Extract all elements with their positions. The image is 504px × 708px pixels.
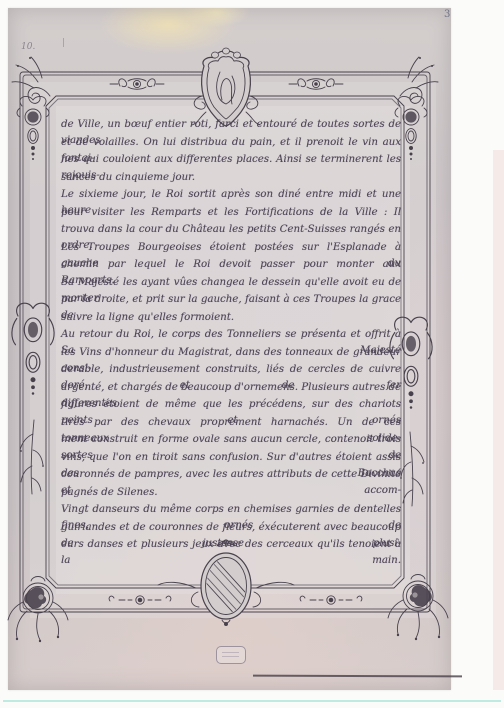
scan-artifact-line	[3, 700, 501, 702]
manuscript-line: de Ville, un bœuf entier roti, farci et …	[61, 117, 401, 134]
manuscript-line: Les Troupes Bourgeoises étoient postées …	[61, 240, 401, 257]
rail-scroll-icon	[110, 79, 164, 90]
manuscript-line: nes qui couloient aux differentes places…	[61, 152, 401, 169]
corner-mark: 3	[444, 9, 450, 20]
manuscript-line: Au retour du Roi, le corps des Tonnelier…	[61, 327, 401, 344]
manuscript-line: guirlandes et de couronnes de fleurs, éx…	[61, 520, 401, 537]
manuscript-line: Sa Majesté les ayant vûes changea le des…	[61, 275, 401, 292]
scan-edge-strip	[493, 150, 504, 690]
photographed-manuscript-page: de Ville, un bœuf entier roti, farci et …	[0, 0, 504, 708]
rail-scroll-icon	[289, 79, 343, 90]
manuscript-line: derable, industrieusement construits, li…	[61, 362, 401, 379]
manuscript-line: et de volailles. On lui distribua du pai…	[61, 135, 401, 152]
mask-pendant-icon	[17, 96, 49, 160]
manuscript-line: vins, que l'on en tiroit sans confusion.…	[61, 450, 401, 467]
head-medallion-icon	[388, 575, 448, 641]
manuscript-line: par la droite, et prit sur la gauche, fa…	[61, 292, 401, 309]
manuscript-line: couronnés de pampres, avec les autres at…	[61, 467, 401, 484]
rosette-icon	[109, 596, 171, 604]
manuscript-line: trouva dans la cour du Château les petit…	[61, 222, 401, 239]
left-rail-ornaments	[12, 96, 54, 494]
folio-number: 10.	[21, 42, 35, 52]
rosette-icon	[300, 596, 362, 604]
manuscript-line: sances du cinquieme jour.	[61, 170, 401, 187]
manuscript-line: ment construit en forme ovale sans aucun…	[61, 432, 401, 449]
manuscript-line: eurs danses et plusieurs jeux avec des c…	[61, 537, 401, 554]
manuscript-line: pour visiter les Remparts et les Fortifi…	[61, 205, 401, 222]
stray-mark	[63, 38, 64, 47]
manuscript-line: chemin par lequel le Roi devoit passer p…	[61, 257, 401, 274]
manuscript-line: tirés par des chevaux proprement harnach…	[61, 415, 401, 432]
side-cartouche-icon	[12, 303, 54, 395]
manuscript-line: figures étoient de même que les précéden…	[61, 397, 401, 414]
monogram-cartouche-icon	[192, 48, 260, 126]
manuscript-line: Vingt danseurs du même corps en chemises…	[61, 502, 401, 519]
manuscript-line: pagnés de Silenes.	[61, 485, 401, 502]
corner-spray-icon	[12, 57, 50, 103]
manuscript-line: les Vins d'honneur du Magistrat, dans de…	[61, 345, 401, 362]
wheat-sprig-icon	[20, 420, 44, 494]
manuscript-line: Le sixieme jour, le Roi sortit après son…	[61, 187, 401, 204]
manuscript-line: suivre la ligne qu'elles formoient.	[61, 310, 401, 327]
manuscript-line: argenté, et chargés de beaucoup d'orneme…	[61, 380, 401, 397]
collection-stamp-icon	[216, 646, 246, 664]
